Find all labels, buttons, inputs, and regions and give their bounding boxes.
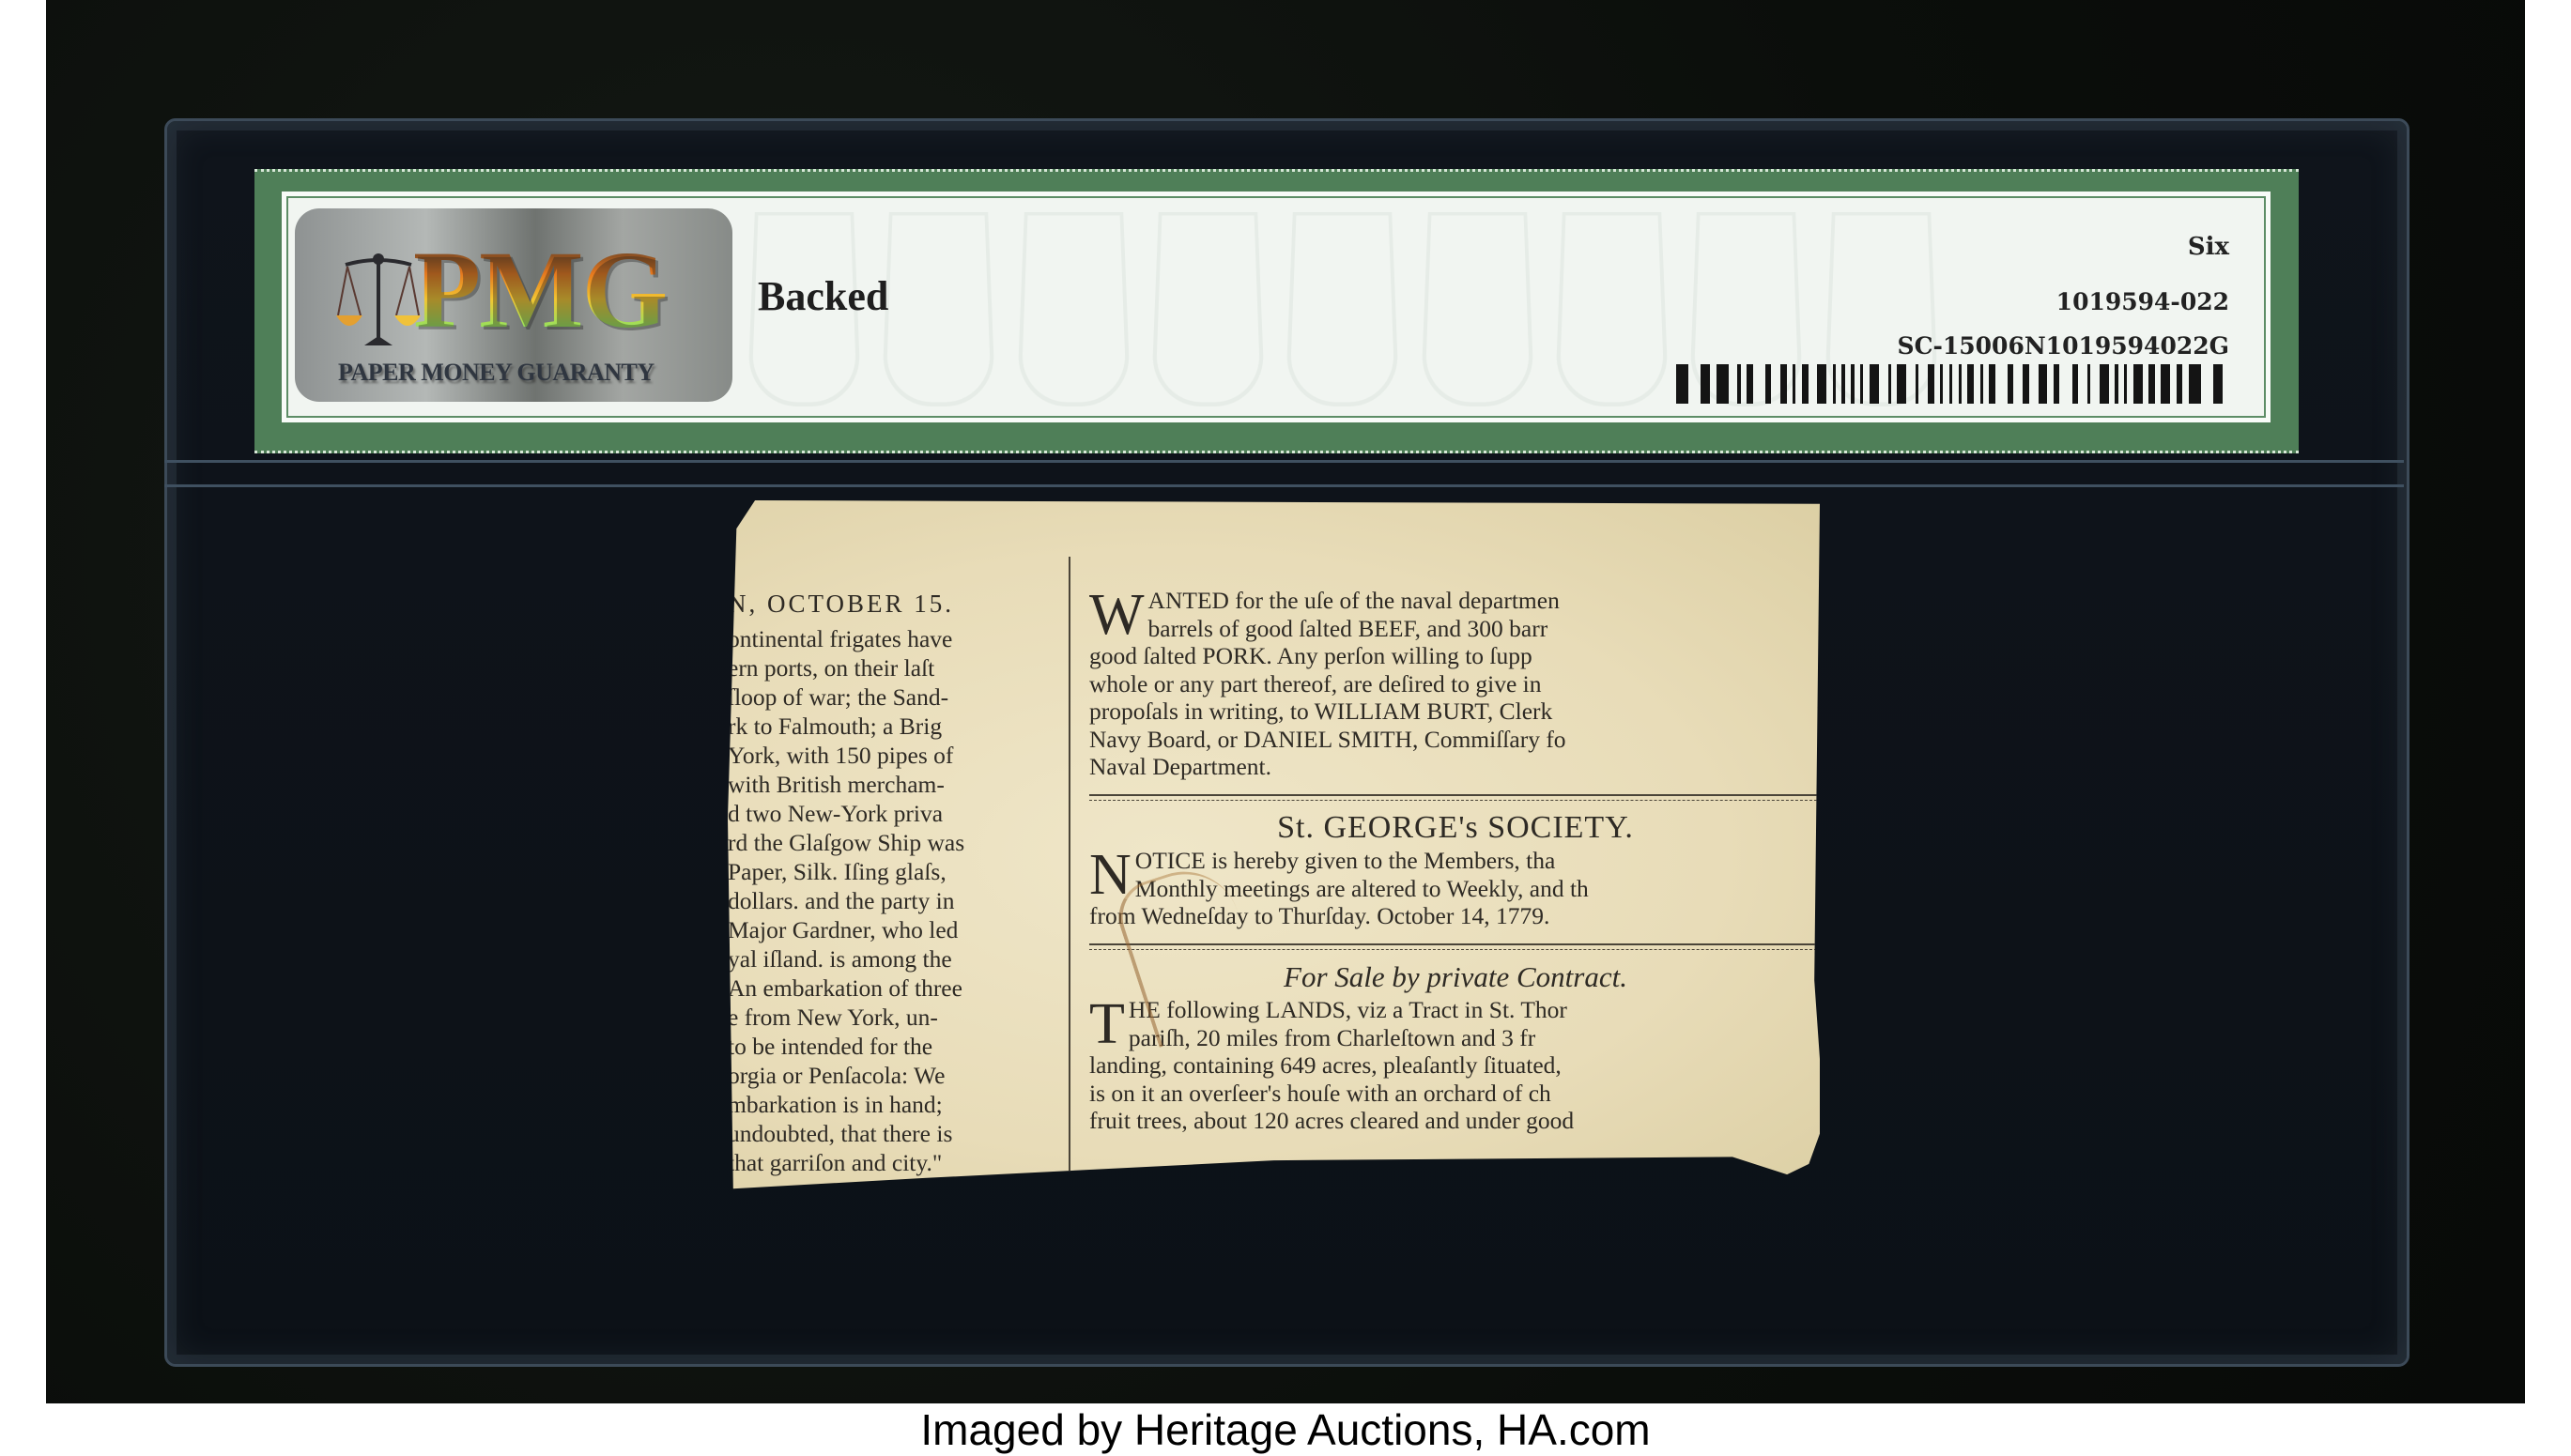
news-column-left: N, OCTOBER 15. ontinental frigates havee… (728, 590, 1056, 1177)
news-column-right: W ANTED for the uſe of the naval departm… (1089, 587, 1822, 1135)
text-line: Paper, Silk. Iſing glaſs, (728, 857, 1056, 886)
wanted-advertisement: W ANTED for the uſe of the naval departm… (1089, 587, 1822, 781)
text-line: d two New-York priva (728, 799, 1056, 828)
text-line: propoſals in writing, to WILLIAM BURT, C… (1089, 697, 1822, 726)
wanted-text: ANTED for the uſe of the naval departmen… (1089, 587, 1822, 781)
society-heading: St. GEORGE's SOCIETY. (1089, 814, 1822, 842)
text-line: ern ports, on their laſt (728, 653, 1056, 682)
image-credit-caption: Imaged by Heritage Auctions, HA.com (0, 1404, 2571, 1455)
text-line: that garriſon and city." (728, 1148, 1056, 1177)
text-line: ſloop of war; the Sand- (728, 682, 1056, 712)
text-line: whole or any part thereof, are deſired t… (1089, 670, 1822, 698)
text-line: landing, containing 649 acres, pleaſantl… (1089, 1051, 1822, 1080)
scales-of-justice-icon (336, 252, 421, 355)
text-line: with British mercham- (728, 770, 1056, 799)
text-line: ANTED for the uſe of the naval departmen (1089, 587, 1822, 615)
text-line: is on it an overſeer's houſe with an orc… (1089, 1080, 1822, 1108)
pmg-tagline: PAPER MONEY GUARANTY (338, 359, 654, 387)
dropcap-t: T (1089, 998, 1125, 1050)
holder-divider-bottom (164, 484, 2404, 487)
text-line: Navy Board, or DANIEL SMITH, Commiſſary … (1089, 726, 1822, 754)
text-line: rd the Glaſgow Ship was (728, 828, 1056, 857)
holder-divider-top (164, 460, 2404, 463)
text-line: dollars. and the party in (728, 886, 1056, 915)
text-line: fruit trees, about 120 acres cleared and… (1089, 1107, 1822, 1135)
text-line: rk to Falmouth; a Brig (728, 712, 1056, 741)
serial-code: SC-15006N1019594022G (1898, 332, 2229, 360)
newspaper-clipping: N, OCTOBER 15. ontinental frigates havee… (728, 500, 1820, 1206)
text-line: Major Gardner, who led (728, 915, 1056, 944)
column-divider (1069, 557, 1070, 1195)
text-line: to be intended for the (728, 1032, 1056, 1061)
text-line: barrels of good ſalted BEEF, and 300 bar… (1089, 615, 1822, 643)
text-line: ontinental frigates have (728, 624, 1056, 653)
left-column-text: ontinental frigates haveern ports, on th… (728, 624, 1056, 1177)
text-line: orgia or Penſacola: We (728, 1061, 1056, 1090)
dateline: N, OCTOBER 15. (728, 590, 1056, 619)
text-line: e from New York, un- (728, 1003, 1056, 1032)
text-line: undoubted, that there is (728, 1119, 1056, 1148)
text-line: mbarkation is in hand; (728, 1090, 1056, 1119)
text-line: good ſalted PORK. Any perſon willing to … (1089, 642, 1822, 670)
text-line: OTICE is hereby given to the Members, th… (1089, 847, 1822, 875)
pmg-wordmark: PMG (413, 235, 666, 345)
pmg-hologram-logo: PMG PAPER MONEY GUARANTY (295, 208, 732, 402)
text-line: York, with 150 pipes of (728, 741, 1056, 770)
grade-text: Six (2188, 233, 2229, 261)
section-rule (1089, 794, 1822, 801)
designation-text: Backed (758, 272, 888, 320)
text-line: An embarkation of three (728, 973, 1056, 1003)
cert-number: 1019594-022 (2056, 288, 2229, 315)
text-line: Naval Department. (1089, 753, 1822, 781)
dropcap-n: N (1089, 849, 1132, 901)
barcode (1676, 364, 2229, 404)
dropcap-w: W (1089, 589, 1145, 641)
text-line: yal iſland. is among the (728, 944, 1056, 973)
